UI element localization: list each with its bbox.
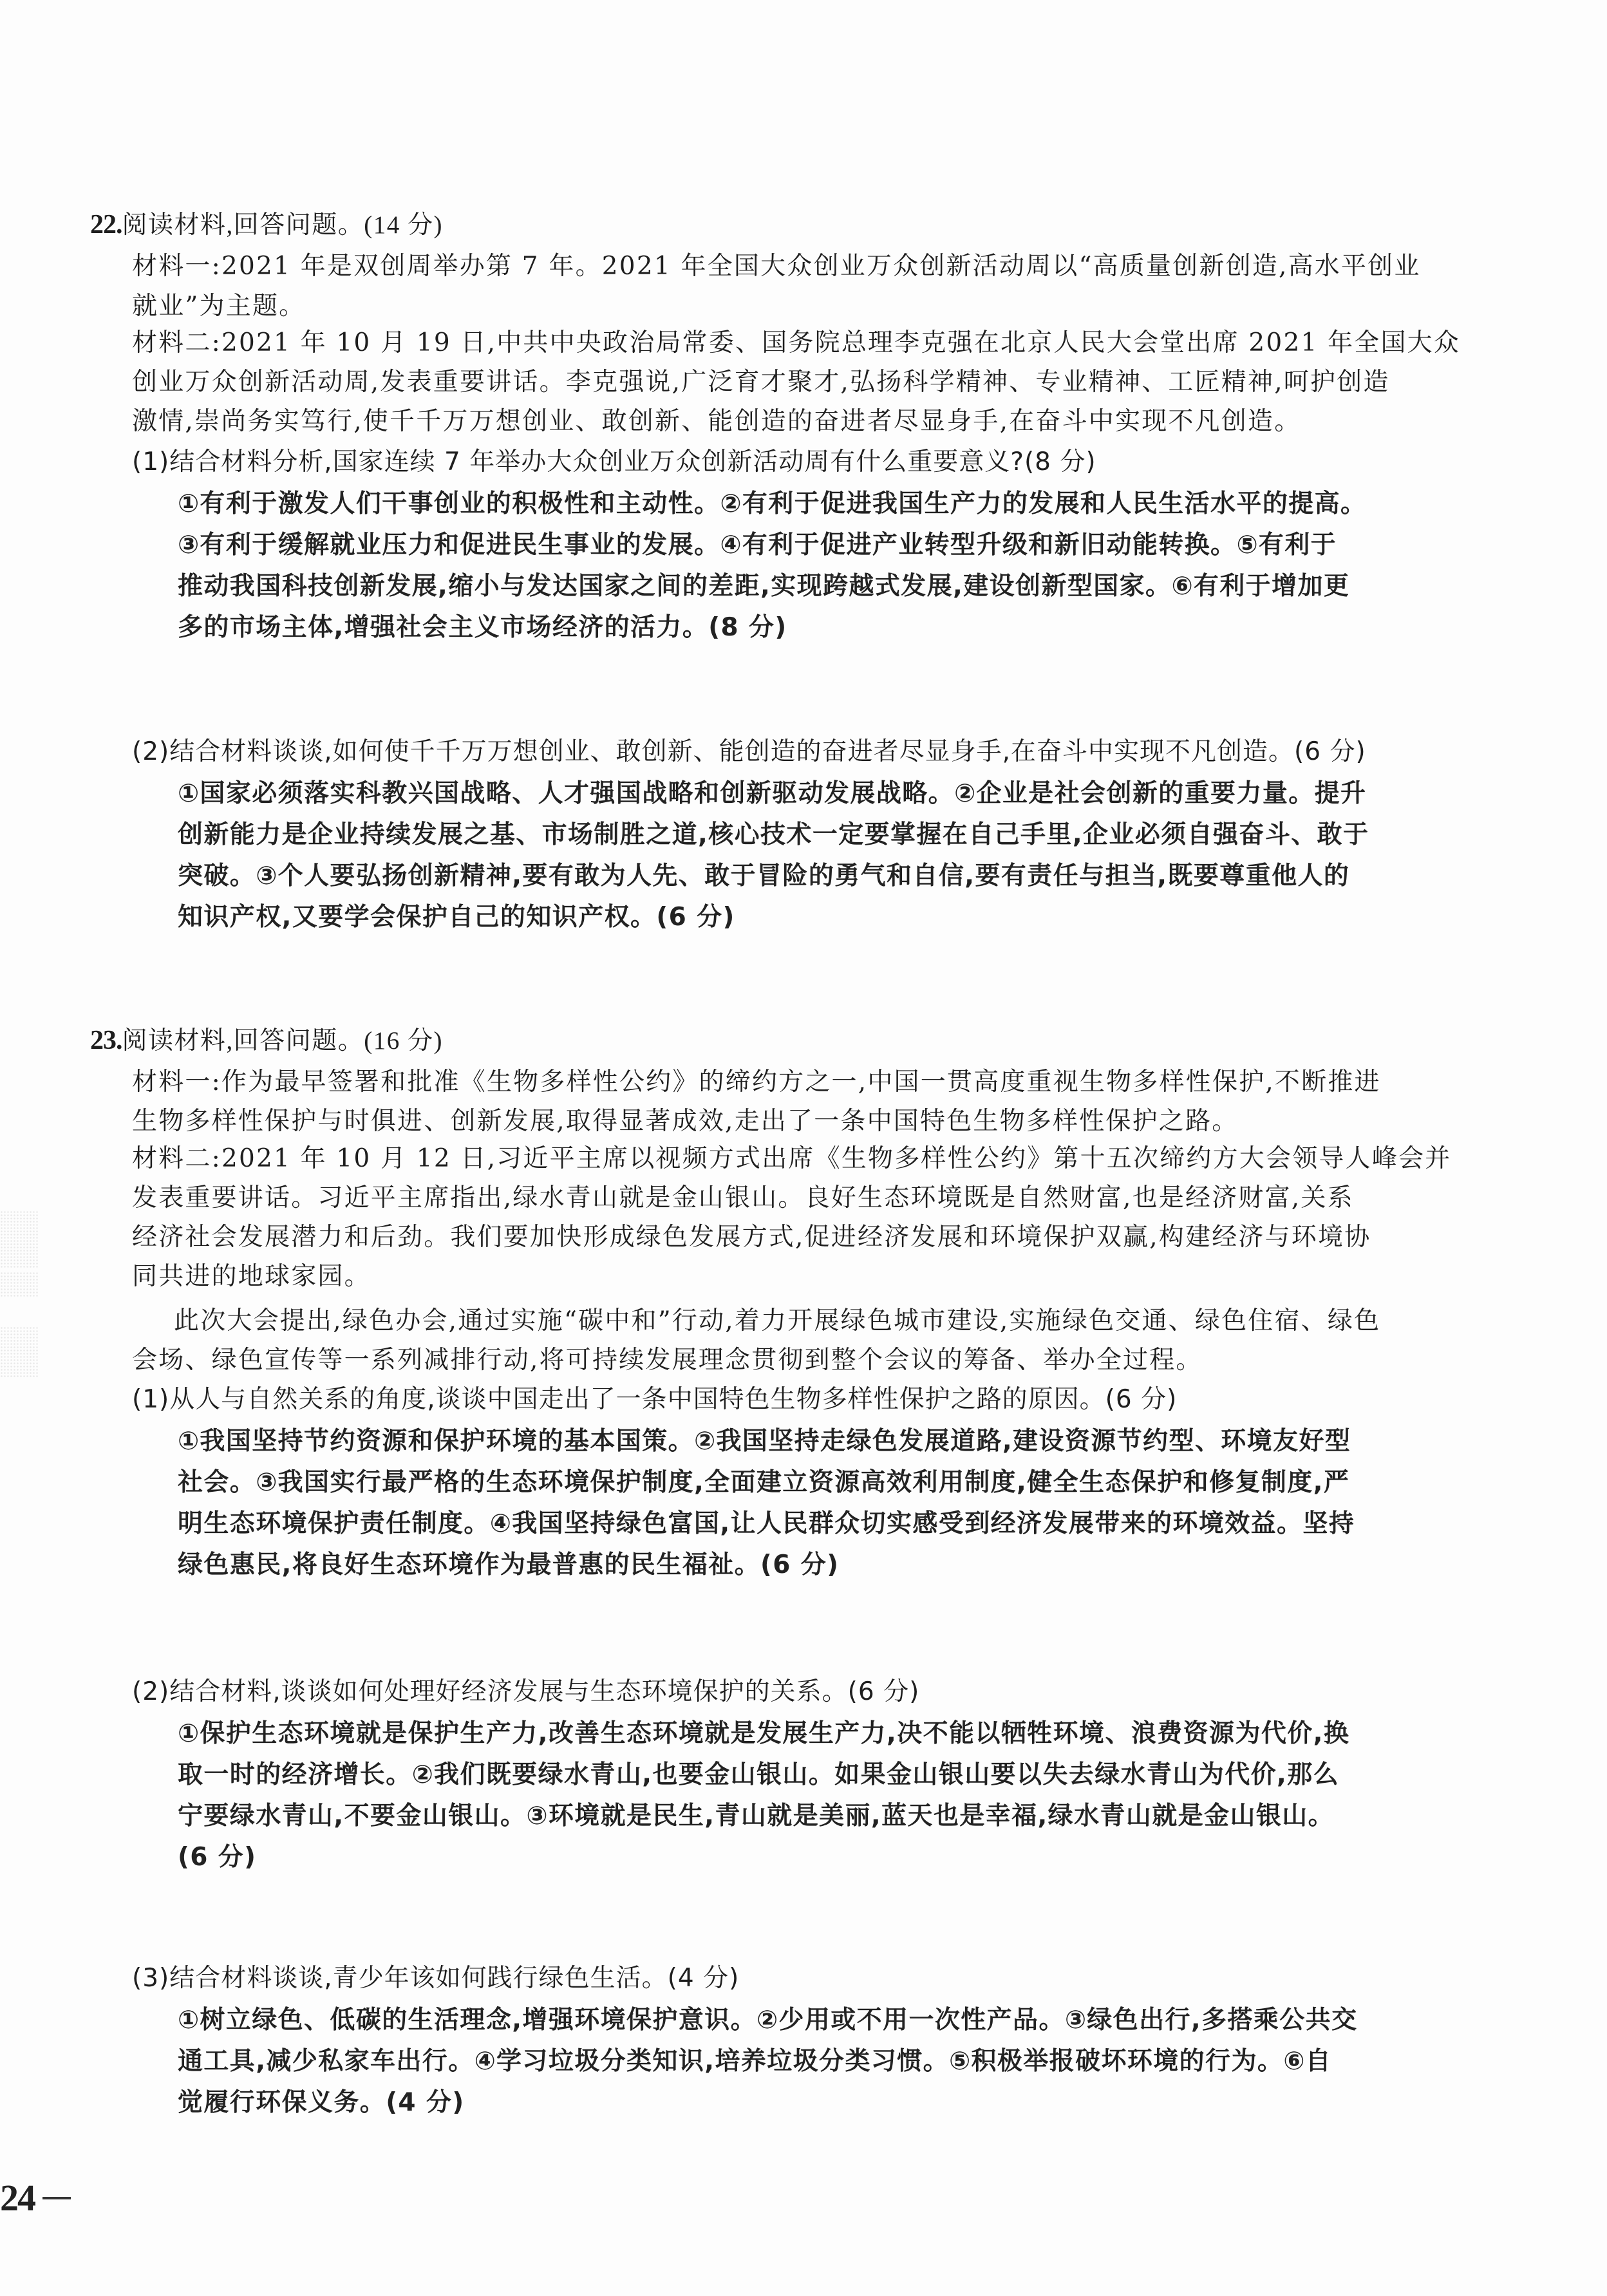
scan-artifact <box>0 1210 39 1268</box>
q23-material1-line1: 材料一:作为最早签署和批准《生物多样性公约》的缔约方之一,中国一贯高度重视生物多… <box>132 1062 1381 1102</box>
q22-sub1-question: (1)结合材料分析,国家连续 7 年举办大众创业万众创新活动周有什么重要意义?(… <box>132 442 1096 482</box>
q23-title: 阅读材料,回答问题。(16 分) <box>122 1027 443 1055</box>
q23-sub2-answer-line4: (6 分) <box>178 1838 256 1877</box>
q23-heading: 23.阅读材料,回答问题。(16 分) <box>90 1021 443 1061</box>
q22-sub2-answer-line4: 知识产权,又要学会保护自己的知识产权。(6 分) <box>178 898 735 937</box>
q22-material1-line1: 材料一:2021 年是双创周举办第 7 年。2021 年全国大众创业万众创新活动… <box>132 247 1421 287</box>
q22-sub2-question: (2)结合材料谈谈,如何使千千万万想创业、敢创新、能创造的奋进者尽显身手,在奋斗… <box>132 732 1366 772</box>
q23-material2-para2-line2: 会场、绿色宣传等一系列减排行动,将可持续发展理念贯彻到整个会议的筹备、举办全过程… <box>132 1341 1203 1380</box>
q23-sub1-answer-line2: 社会。③我国实行最严格的生态环境保护制度,全面建立资源高效利用制度,健全生态保护… <box>178 1463 1349 1503</box>
q22-material2-line2: 创业万众创新活动周,发表重要讲话。李克强说,广泛育才聚才,弘扬科学精神、专业精神… <box>132 362 1390 402</box>
scan-artifact <box>0 1272 39 1297</box>
q23-sub2-answer-line2: 取一时的经济增长。②我们既要绿水青山,也要金山银山。如果金山银山要以失去绿水青山… <box>178 1755 1339 1795</box>
exam-answer-page: 22.阅读材料,回答问题。(14 分) 材料一:2021 年是双创周举办第 7 … <box>0 0 1607 2296</box>
q23-number: 23. <box>90 1026 122 1055</box>
q23-material2-line2: 发表重要讲话。习近平主席指出,绿水青山就是金山银山。良好生态环境既是自然财富,也… <box>132 1178 1354 1218</box>
q22-sub1-answer-line2: ③有利于缓解就业压力和促进民生事业的发展。④有利于促进产业转型升级和新旧动能转换… <box>178 525 1337 565</box>
q22-number: 22. <box>90 210 122 240</box>
q23-sub1-answer-line4: 绿色惠民,将良好生态环境作为最普惠的民生福祉。(6 分) <box>178 1545 839 1585</box>
q22-sub2-answer-line1: ①国家必须落实科教兴国战略、人才强国战略和创新驱动发展战略。②企业是社会创新的重… <box>178 774 1366 814</box>
q23-sub1-answer-line1: ①我国坚持节约资源和保护环境的基本国策。②我国坚持走绿色发展道路,建设资源节约型… <box>178 1422 1351 1462</box>
q23-sub2-question: (2)结合材料,谈谈如何处理好经济发展与生态环境保护的关系。(6 分) <box>132 1672 919 1712</box>
q23-sub3-answer-line3: 觉履行环保义务。(4 分) <box>178 2083 465 2123</box>
q22-sub2-answer-line2: 创新能力是企业持续发展之基、市场制胜之道,核心技术一定要掌握在自己手里,企业必须… <box>178 815 1369 855</box>
q23-material2-line3: 经济社会发展潜力和后劲。我们要加快形成绿色发展方式,促进经济发展和环境保护双赢,… <box>132 1218 1371 1257</box>
q23-material1-line2: 生物多样性保护与时俱进、创新发展,取得显著成效,走出了一条中国特色生物多样性保护… <box>132 1102 1238 1142</box>
scan-artifact <box>0 1326 39 1378</box>
page-number: 24 <box>0 2176 35 2219</box>
q23-material2-line1: 材料二:2021 年 10 月 12 日,习近平主席以视频方式出席《生物多样性公… <box>132 1139 1451 1179</box>
q22-sub1-answer-line1: ①有利于激发人们干事创业的积极性和主动性。②有利于促进我国生产力的发展和人民生活… <box>178 484 1366 524</box>
q22-sub1-answer-line3: 推动我国科技创新发展,缩小与发达国家之间的差距,实现跨越式发展,建设创新型国家。… <box>178 567 1349 607</box>
q23-sub1-answer-line3: 明生态环境保护责任制度。④我国坚持绿色富国,让人民群众切实感受到经济发展带来的环… <box>178 1504 1355 1544</box>
q22-title: 阅读材料,回答问题。(14 分) <box>122 211 443 239</box>
q23-sub3-question: (3)结合材料谈谈,青少年该如何践行绿色生活。(4 分) <box>132 1959 739 1999</box>
q23-sub3-answer-line1: ①树立绿色、低碳的生活理念,增强环境保护意识。②少用或不用一次性产品。③绿色出行… <box>178 2000 1358 2040</box>
q22-heading: 22.阅读材料,回答问题。(14 分) <box>90 205 443 245</box>
q22-sub2-answer-line3: 突破。③个人要弘扬创新精神,要有敢为人先、敢于冒险的勇气和自信,要有责任与担当,… <box>178 856 1349 896</box>
q22-material1-line2: 就业”为主题。 <box>132 287 305 326</box>
q23-sub3-answer-line2: 通工具,减少私家车出行。④学习垃圾分类知识,培养垃圾分类习惯。⑤积极举报破坏环境… <box>178 2042 1331 2082</box>
page-number-dash <box>42 2197 71 2199</box>
q23-sub2-answer-line3: 宁要绿水青山,不要金山银山。③环境就是民生,青山就是美丽,蓝天也是幸福,绿水青山… <box>178 1796 1334 1836</box>
q22-material2-line1: 材料二:2021 年 10 月 19 日,中共中央政治局常委、国务院总理李克强在… <box>132 323 1460 363</box>
q22-material2-line3: 激情,崇尚务实笃行,使千千万万想创业、敢创新、能创造的奋进者尽显身手,在奋斗中实… <box>132 402 1301 442</box>
q23-material2-line4: 同共进的地球家园。 <box>132 1257 371 1297</box>
q22-sub1-answer-line4: 多的市场主体,增强社会主义市场经济的活力。(8 分) <box>178 608 787 648</box>
q23-sub2-answer-line1: ①保护生态环境就是保护生产力,改善生态环境就是发展生产力,决不能以牺牲环境、浪费… <box>178 1714 1349 1754</box>
q23-sub1-question: (1)从人与自然关系的角度,谈谈中国走出了一条中国特色生物多样性保护之路的原因。… <box>132 1380 1177 1420</box>
q23-material2-para2-line1: 此次大会提出,绿色办会,通过实施“碳中和”行动,着力开展绿色城市建设,实施绿色交… <box>174 1301 1380 1341</box>
